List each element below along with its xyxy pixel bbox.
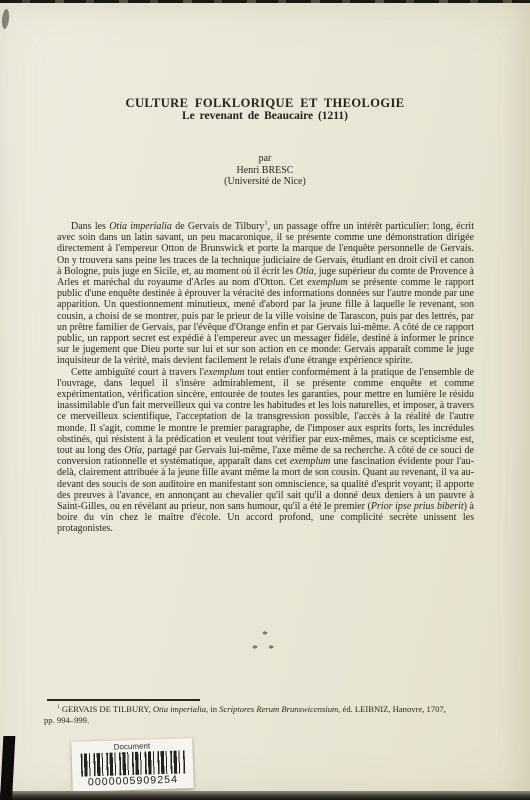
footnote: 1 GERVAIS DE TILBURY, Otia imperialia, i… [44, 704, 458, 726]
paragraph-2: Cette ambiguïté court à travers l'exempl… [57, 367, 474, 535]
article-body: Dans les Otia imperialia de Gervais de T… [57, 221, 474, 535]
separator-asterisk-top: * [0, 629, 530, 643]
scan-edge-top [0, 0, 530, 3]
separator-asterisk-bottom: * * [0, 643, 530, 657]
byline-block: par Henri BRESC (Université de Nice) [0, 153, 530, 188]
barcode-icon [80, 750, 185, 776]
barcode-sticker: Document 0000005909254 [71, 738, 194, 792]
scanned-page: CULTURE FOLKLORIQUE ET THEOLOGIE Le reve… [0, 0, 530, 800]
author-affiliation: (Université de Nice) [0, 176, 530, 188]
barcode-label: Document [114, 741, 151, 751]
section-separator: * * * [0, 629, 530, 656]
author-name: Henri BRESC [0, 165, 530, 177]
page-title: CULTURE FOLKLORIQUE ET THEOLOGIE [0, 96, 530, 111]
barcode-number: 0000005909254 [88, 774, 179, 789]
paragraph-1: Dans les Otia imperialia de Gervais de T… [57, 221, 474, 367]
scan-edge-bottom [0, 791, 530, 800]
footnote-rule [47, 699, 200, 701]
page-subtitle: Le revenant de Beaucaire (1211) [0, 110, 530, 122]
byline-par: par [0, 153, 530, 165]
